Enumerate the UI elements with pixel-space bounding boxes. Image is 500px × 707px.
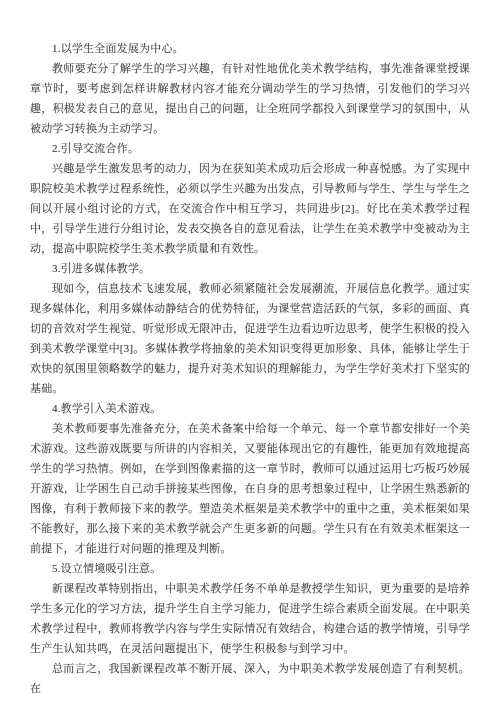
section-3: 3.引进多媒体教学。 现如今，信息技术飞速发展，教师必须紧随社会发展潮流，开展信… (30, 259, 470, 399)
section-4-body: 美术教师要事先准备充分，在美术备案中给每一个单元、每一个章节都安排好一个美术游戏… (30, 419, 470, 559)
section-5-heading: 5.设立情境吸引注意。 (30, 559, 470, 579)
section-5-body: 新课程改革特别指出，中职美术教学任务不单单是教授学生知识，更为重要的是培养学生多… (30, 579, 470, 659)
section-4-heading: 4.教学引入美术游戏。 (30, 399, 470, 419)
document-body: 1.以学生全面发展为中心。 教师要充分了解学生的学习兴趣，有针对性地优化美术教学… (30, 39, 470, 699)
section-5: 5.设立情境吸引注意。 新课程改革特别指出，中职美术教学任务不单单是教授学生知识… (30, 559, 470, 659)
section-1: 1.以学生全面发展为中心。 教师要充分了解学生的学习兴趣，有针对性地优化美术教学… (30, 39, 470, 139)
section-3-body: 现如今，信息技术飞速发展，教师必须紧随社会发展潮流，开展信息化教学。通过实现多媒… (30, 279, 470, 399)
section-1-body: 教师要充分了解学生的学习兴趣，有针对性地优化美术教学结构，事先准备课堂授课章节时… (30, 59, 470, 139)
section-2-body: 兴趣是学生激发思考的动力，因为在获知美术成功后会形成一种喜悦感。为了实现中职院校… (30, 159, 470, 259)
section-4: 4.教学引入美术游戏。 美术教师要事先准备充分，在美术备案中给每一个单元、每一个… (30, 399, 470, 559)
section-2: 2.引导交流合作。 兴趣是学生激发思考的动力，因为在获知美术成功后会形成一种喜悦… (30, 139, 470, 259)
section-3-heading: 3.引进多媒体教学。 (30, 259, 470, 279)
closing-paragraph: 总而言之，我国新课程改革不断开展、深入，为中职美术教学发展创造了有利契机。在 (30, 659, 470, 699)
section-2-heading: 2.引导交流合作。 (30, 139, 470, 159)
document-page: 1.以学生全面发展为中心。 教师要充分了解学生的学习兴趣，有针对性地优化美术教学… (0, 0, 500, 707)
section-1-heading: 1.以学生全面发展为中心。 (30, 39, 470, 59)
